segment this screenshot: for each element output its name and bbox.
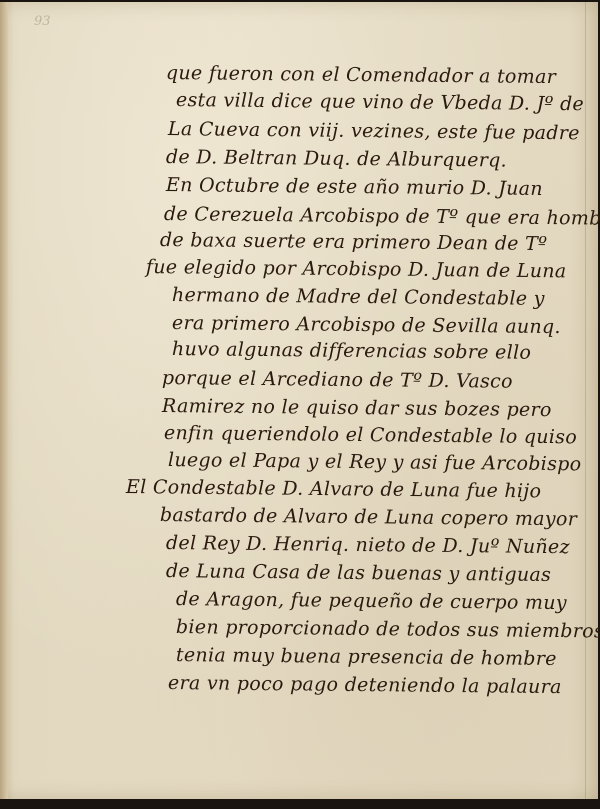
text-line: de D. Beltran Duq. de Alburquerq. — [166, 146, 507, 172]
page-margin-rule — [585, 2, 586, 799]
text-line: de Aragon, fue pequeño de cuerpo muy — [176, 588, 567, 614]
text-line: bastardo de Alvaro de Luna copero mayor — [160, 504, 577, 530]
text-line: de Cerezuela Arcobispo de Tº que era hom… — [164, 203, 600, 230]
text-line: Ramirez no le quiso dar sus bozes pero — [162, 395, 552, 421]
text-line: esta villa dice que vino de Vbeda D. Jº … — [176, 89, 584, 115]
text-line: era vn poco pago deteniendo la palaura — [168, 672, 562, 698]
text-line: que fueron con el Comendador a tomar — [166, 62, 556, 88]
text-line: era primero Arcobispo de Sevilla aunq. — [172, 312, 561, 338]
text-line: fue elegido por Arcobispo D. Juan de Lun… — [146, 256, 567, 282]
text-line: de baxa suerte era primero Dean de Tº — [160, 229, 548, 255]
text-line: En Octubre de este año murio D. Juan — [166, 174, 543, 200]
text-line: hermano de Madre del Condestable y — [172, 284, 545, 310]
text-line: del Rey D. Henriq. nieto de D. Juº Nuñez — [166, 532, 570, 558]
text-line: porque el Arcediano de Tº D. Vasco — [162, 367, 513, 393]
text-line: de Luna Casa de las buenas y antiguas — [166, 560, 551, 586]
text-line: El Condestable D. Alvaro de Luna fue hij… — [126, 476, 542, 502]
text-line: enfin queriendolo el Condestable lo quis… — [164, 422, 577, 448]
manuscript-page: 93 que fueron con el Comendador a tomar … — [0, 2, 598, 799]
text-line: luego el Papa y el Rey y asi fue Arcobis… — [168, 449, 582, 475]
text-line: huvo algunas differencias sobre ello — [172, 338, 531, 364]
folio-number: 93 — [34, 14, 51, 29]
text-line: bien proporcionado de todos sus miembros — [176, 616, 600, 642]
page-binding-edge — [0, 2, 8, 799]
text-line: La Cueva con viij. vezines, este fue pad… — [168, 118, 580, 144]
text-line: tenia muy buena presencia de hombre — [176, 644, 557, 670]
